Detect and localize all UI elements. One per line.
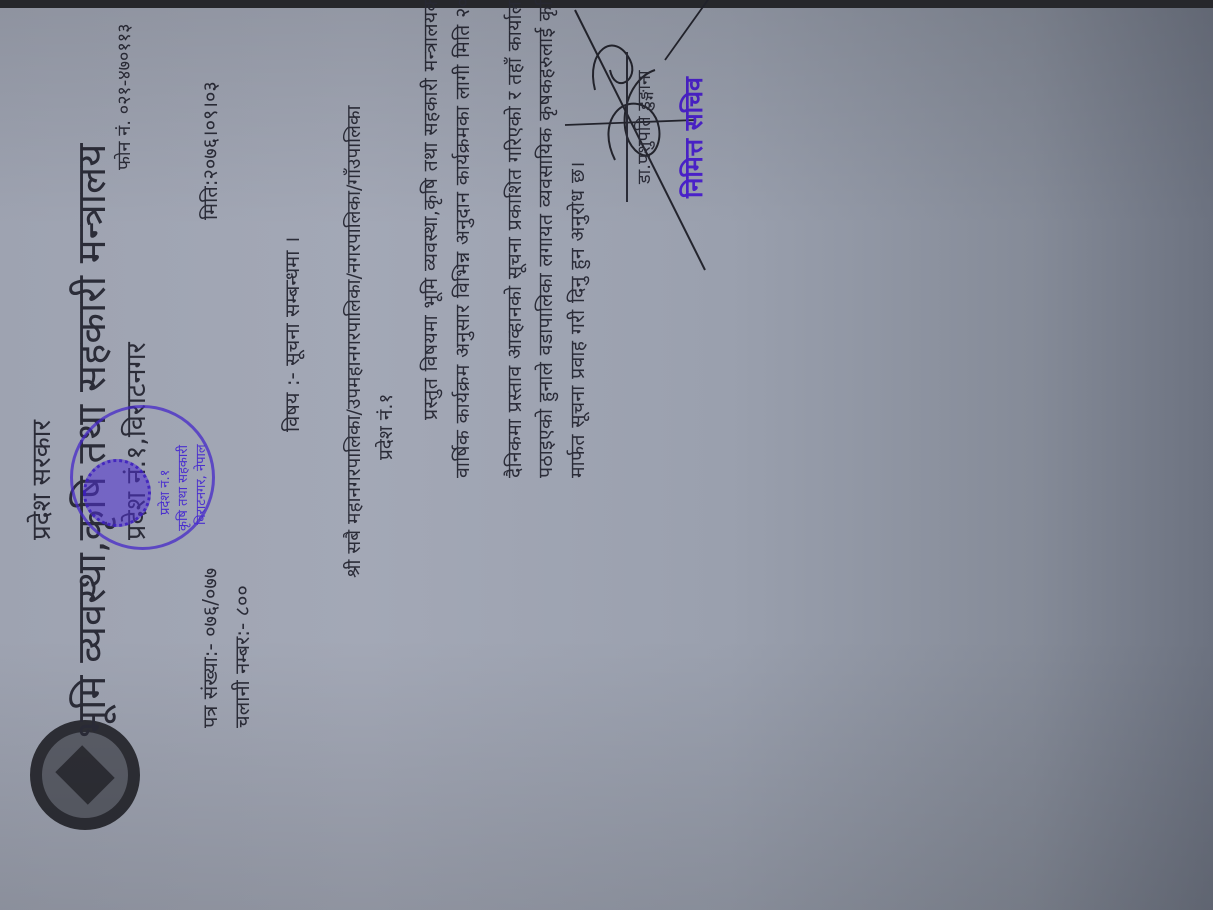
letter-subject: विषय :- सूचना सम्बन्धमा । [278, 237, 305, 432]
letter-page: प्रदेश सरकार भूमि व्यवस्था,कृषि तथा सहका… [0, 0, 1213, 910]
office-stamp: प्रदेश नं.१ कृषि तथा सहकारी विराटनगर, ने… [70, 405, 215, 550]
stamp-line: कृषि तथा सहकारी [173, 445, 191, 531]
letter-date: मिति:२०७६।०९।०३ [196, 81, 223, 220]
phone-value: ०२१-४७०११३ [114, 24, 135, 115]
phone-label: फोन नं. [114, 120, 135, 170]
phone-number: फोन नं. ०२१-४७०११३ [112, 24, 136, 170]
signatory-title-stamp: निमित्त सचिव [676, 77, 710, 198]
body-line: प्रस्तुत विषयमा भूमि व्यवस्था,कृषि तथा स… [416, 0, 443, 420]
stamp-emblem-icon [83, 459, 151, 527]
recipient-province: प्रदेश नं.१ [372, 394, 398, 460]
letter-number: पत्र संख्या:- ०७६/०७७ [196, 568, 223, 728]
body-line: पठाइएको हुनाले वडापालिका लगायत व्यवसायिक… [531, 0, 558, 478]
body-line: दैनिकमा प्रस्ताव आव्हानको सूचना प्रकाशित… [500, 0, 527, 478]
stamp-line: प्रदेश नं.१ [155, 470, 173, 515]
signatory-name: डा.पशुपति डुङ्गाना [632, 70, 656, 184]
stamp-line: विराटनगर, नेपाल [191, 444, 209, 525]
body-line: वार्षिक कार्यक्रम अनुसार विभिन्न अनुदान … [448, 0, 475, 478]
dispatch-number: चलानी नम्बर:- ८०० [228, 585, 255, 728]
government-heading: प्रदेश सरकार [22, 420, 58, 540]
recipient-line: श्री सबै महानगरपालिका/उपमहानगरपालिका/नगर… [340, 106, 366, 578]
signature-line [626, 52, 628, 202]
